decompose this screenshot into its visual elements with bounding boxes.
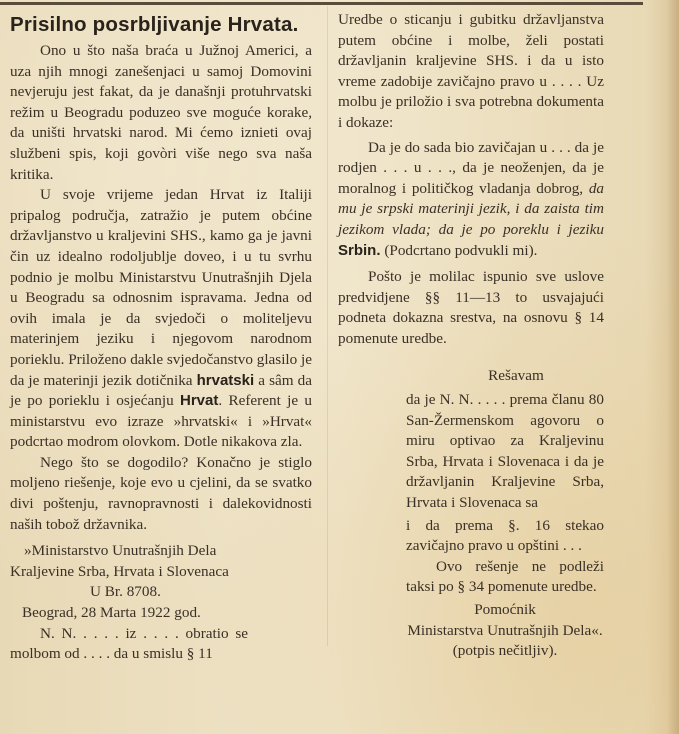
document-date: Beograd, 28 Marta 1922 god. xyxy=(10,603,312,624)
decision-block: da je N. N. . . . . prema članu 80 San-Ž… xyxy=(406,390,604,662)
document-evidence: Da je do sada bio zavičajan u . . . da j… xyxy=(338,138,604,262)
paragraph-request: U svoje vrijeme jedan Hrvat iz Italiji p… xyxy=(10,185,312,453)
paragraph-request-text-a: U svoje vrijeme jedan Hrvat iz Italiji p… xyxy=(10,186,312,388)
signature-title: Pomoćnik xyxy=(406,600,604,621)
decision-domicile: i da prema §. 16 stekao zavičajno pravo … xyxy=(406,516,604,557)
decision-citizenship: da je N. N. . . . . prema članu 80 San-Ž… xyxy=(406,390,604,514)
paragraph-intro: Ono u što naša braća u Južnoj Americi, a… xyxy=(10,41,312,185)
emphasis-hrvatski: hrvatski xyxy=(197,372,255,389)
decision-heading: Rešavam xyxy=(338,366,604,387)
page-edge-shadow xyxy=(667,0,679,734)
paragraph-outcome: Nego što se dogodilo? Konačno je stiglo … xyxy=(10,453,312,535)
document-body-continued: Uredbe o sticanju i gubitku državljanstv… xyxy=(338,10,604,134)
document-evidence-note: (Podcrtano podvukli mi). xyxy=(384,242,537,259)
signature-note: (potpis nečitljiv). xyxy=(406,641,604,662)
signature-block: Pomoćnik Ministarstva Unutrašnjih Dela«.… xyxy=(406,600,604,662)
document-ministry-line: »Ministarstvo Unutrašnjih Dela xyxy=(10,541,312,562)
signature-ministry: Ministarstva Unutrašnjih Dela«. xyxy=(406,621,604,642)
document-header: »Ministarstvo Unutrašnjih Dela Kraljevin… xyxy=(10,541,312,623)
document-conditions: Pošto je molilac ispunio sve uslove pred… xyxy=(338,267,604,349)
emphasis-srbin: Srbin. xyxy=(338,242,381,259)
left-column: Prisilno posrbljivanje Hrvata. Ono u što… xyxy=(10,10,312,665)
article-title: Prisilno posrbljivanje Hrvata. xyxy=(10,12,312,38)
document-number: U Br. 8708. xyxy=(10,582,312,603)
column-divider xyxy=(327,6,328,646)
top-rule-divider xyxy=(0,2,643,5)
document-kingdom-line: Kraljevine Srba, Hrvata i Slovenaca xyxy=(10,562,312,583)
document-body-start: N. N. . . . . iz . . . . obratio se molb… xyxy=(10,624,248,665)
decision-tax-note: Ovo rešenje ne podleži taksi po § 34 pom… xyxy=(406,557,604,598)
newspaper-page: Prisilno posrbljivanje Hrvata. Ono u što… xyxy=(0,0,679,734)
document-evidence-text-a: Da je do sada bio zavičajan u . . . da j… xyxy=(338,139,604,197)
right-column: Uredbe o sticanju i gubitku državljanstv… xyxy=(338,10,604,662)
emphasis-hrvat: Hrvat xyxy=(180,392,218,409)
